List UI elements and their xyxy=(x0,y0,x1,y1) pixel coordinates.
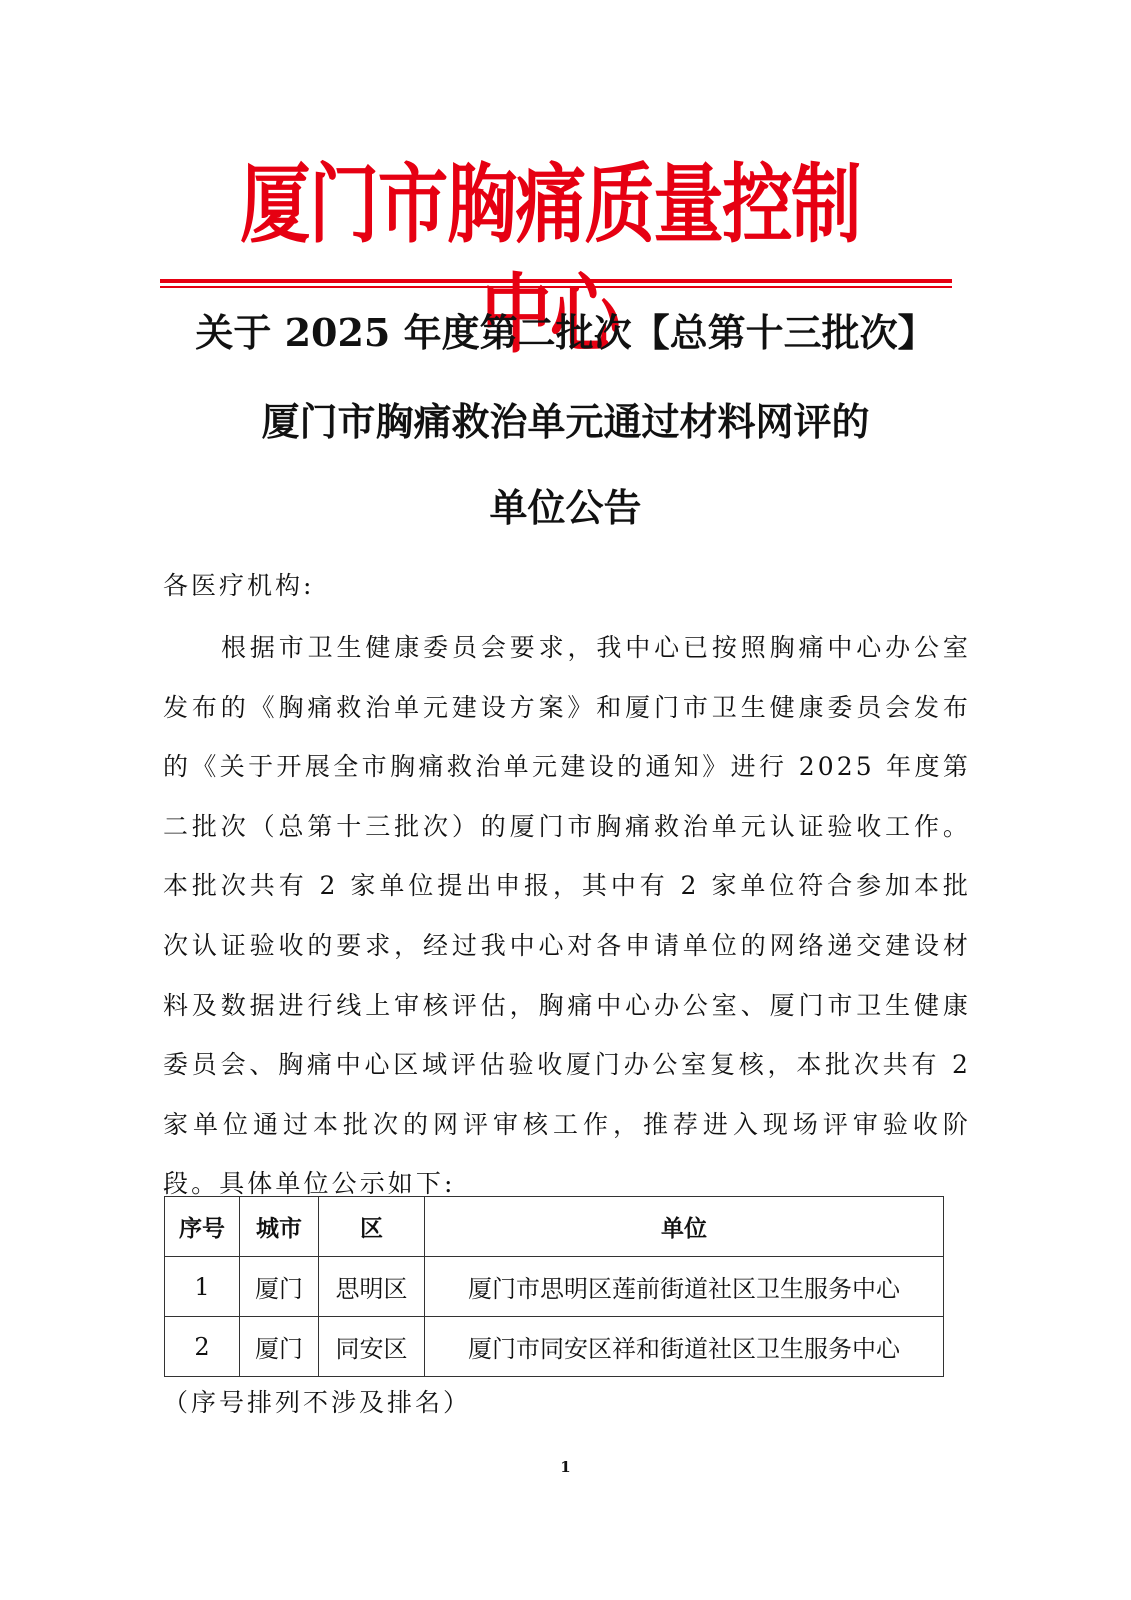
cell-district: 思明区 xyxy=(319,1257,425,1317)
document-title-line-3: 单位公告 xyxy=(0,477,1131,532)
table-row: 2 厦门 同安区 厦门市同安区祥和街道社区卫生服务中心 xyxy=(165,1317,944,1377)
letterhead-rule-thin xyxy=(160,286,952,288)
cell-index: 1 xyxy=(165,1257,240,1317)
table-note: （序号排列不涉及排名） xyxy=(163,1383,471,1419)
salutation: 各医疗机构: xyxy=(163,566,314,602)
cell-district: 同安区 xyxy=(319,1317,425,1377)
body-paragraph: 根据市卫生健康委员会要求，我中心已按照胸痛中心办公室发布的《胸痛救治单元建设方案… xyxy=(163,618,971,1214)
page-number: 1 xyxy=(0,1458,1131,1476)
table-header-row: 序号 城市 区 单位 xyxy=(165,1197,944,1257)
cell-unit: 厦门市同安区祥和街道社区卫生服务中心 xyxy=(425,1317,944,1377)
header-district: 区 xyxy=(319,1197,425,1257)
document-title-line-1: 关于 2025 年度第二批次【总第十三批次】 xyxy=(0,302,1131,357)
header-index: 序号 xyxy=(165,1197,240,1257)
cell-city: 厦门 xyxy=(240,1257,319,1317)
header-city: 城市 xyxy=(240,1197,319,1257)
cell-unit: 厦门市思明区莲前街道社区卫生服务中心 xyxy=(425,1257,944,1317)
header-unit: 单位 xyxy=(425,1197,944,1257)
letterhead-rule-thick xyxy=(160,279,952,283)
table-row: 1 厦门 思明区 厦门市思明区莲前街道社区卫生服务中心 xyxy=(165,1257,944,1317)
units-table: 序号 城市 区 单位 1 厦门 思明区 厦门市思明区莲前街道社区卫生服务中心 2… xyxy=(164,1196,944,1377)
cell-city: 厦门 xyxy=(240,1317,319,1377)
cell-index: 2 xyxy=(165,1317,240,1377)
document-title-line-2: 厦门市胸痛救治单元通过材料网评的 xyxy=(0,391,1131,446)
